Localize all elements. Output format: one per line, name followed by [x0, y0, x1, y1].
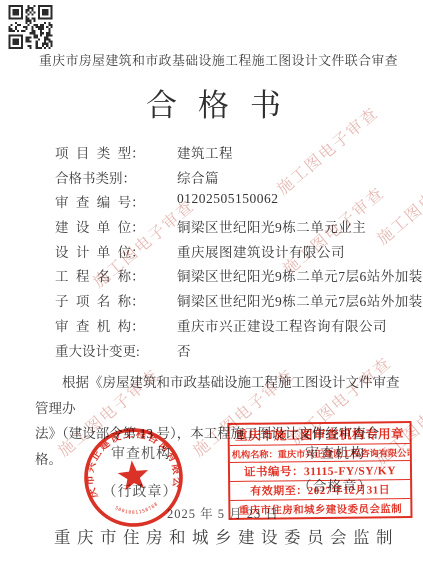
svg-text:5001081158788: 5001081158788 — [113, 501, 160, 518]
field-row-subproject-name: 子 项 名 称： 铜梁区世纪阳光9栋二单元7层6站外加装电梯 — [55, 287, 415, 312]
field-row-certificate-category: 合格书类别： 综合篇 — [55, 164, 415, 189]
field-list: 项 目 类 型： 建筑工程 合格书类别： 综合篇 审 查 编 号： 012025… — [55, 139, 415, 361]
field-label: 建 设 单 位： — [55, 216, 145, 236]
field-row-project-type: 项 目 类 型： 建筑工程 — [55, 139, 415, 164]
field-label: 子 项 名 称： — [55, 290, 145, 310]
stamp-org-name: 机构名称：重庆市兴正建设工程咨询有限公司 — [230, 443, 410, 462]
field-row-major-design-change: 重大设计变更: 否 — [55, 337, 415, 362]
field-value: 铜梁区世纪阳光9栋二单元7层6站外加装电梯 — [177, 290, 423, 310]
certificate-page: 重庆市房屋建筑和市政基础设施工程施工图设计文件联合审查 合格书 项 目 类 型：… — [0, 0, 423, 567]
qr-code-icon — [8, 5, 53, 49]
round-company-seal: 重庆市兴正建设工程咨询有限公司 5001081158788 — [78, 422, 189, 533]
field-value: 综合篇 — [177, 167, 219, 187]
stamp-cert-number: 证书编号：31115-FY/SY/KY — [230, 460, 410, 481]
seal-serial-number: 5001081158788 — [113, 501, 160, 518]
field-label: 审 查 机 构： — [55, 315, 145, 335]
supervising-authority: 重庆市住房和城乡建设委员会监制 — [0, 524, 423, 548]
stamp-footer: 重庆市住房和城乡建设委员会监制 — [230, 498, 410, 518]
page-title: 合格书 — [146, 80, 302, 125]
field-value: 重庆市兴正建设工程咨询有限公司 — [177, 315, 387, 335]
stamp-title: 重庆市施工图审查机构专用章 — [230, 423, 410, 445]
field-row-review-agency: 审 查 机 构： 重庆市兴正建设工程咨询有限公司 — [55, 312, 415, 337]
review-agency-stamp: 重庆市施工图审查机构专用章 机构名称：重庆市兴正建设工程咨询有限公司 证书编号：… — [227, 421, 412, 520]
field-value: 建筑工程 — [177, 142, 233, 162]
seal-star-icon — [116, 459, 150, 491]
stamp-valid-until: 有效期至：2027年12月31日 — [230, 479, 410, 500]
field-label: 项 目 类 型： — [55, 142, 145, 162]
document-header-title: 重庆市房屋建筑和市政基础设施工程施工图设计文件联合审查 — [0, 50, 423, 69]
field-label: 审 查 编 号： — [55, 191, 145, 211]
field-value: 否 — [177, 340, 191, 360]
field-label: 重大设计变更: — [55, 340, 140, 360]
field-label: 合格书类别： — [55, 167, 136, 187]
